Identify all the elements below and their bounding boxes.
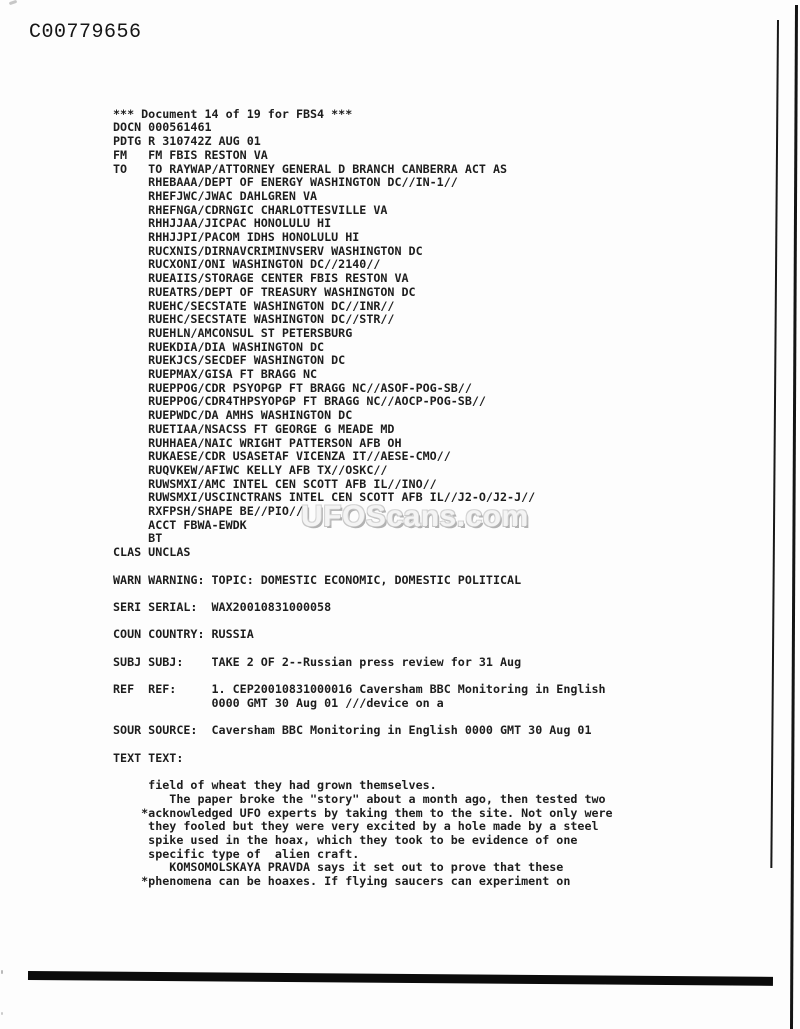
scanned-document-page: C00779656 UFOScans.com *** Document 14 o… bbox=[0, 0, 800, 1029]
scan-edge-line-inner bbox=[770, 20, 779, 868]
message-text: *** Document 14 of 19 for FBS4 *** DOCN … bbox=[113, 108, 613, 889]
declassification-doc-number: C00779656 bbox=[29, 21, 142, 44]
scan-artifact-speck bbox=[1, 1012, 3, 1015]
scan-artifact-speck bbox=[9, 0, 18, 5]
redaction-bar bbox=[28, 971, 773, 986]
scan-artifact-speck bbox=[1, 970, 3, 974]
scan-edge-line-outer bbox=[790, 5, 798, 1029]
